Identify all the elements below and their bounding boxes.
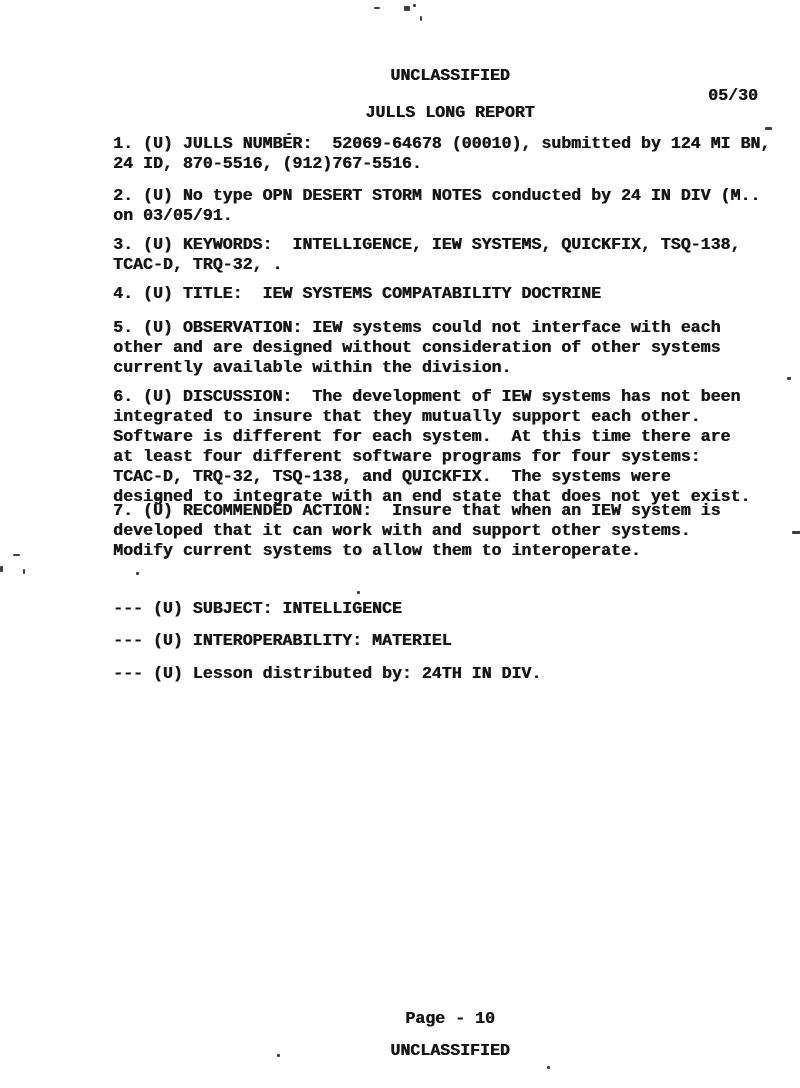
scan-artifact (787, 377, 791, 380)
scan-artifact (136, 572, 139, 575)
classification-banner-bottom: UNCLASSIFIED (113, 1041, 787, 1061)
scan-artifact (792, 531, 800, 534)
paragraph-discussion: 6. (U) DISCUSSION: The development of IE… (113, 387, 750, 507)
classification-banner-top: UNCLASSIFIED (113, 66, 787, 86)
distribution-line: --- (U) Lesson distributed by: 24TH IN D… (113, 664, 541, 684)
page-number: Page - 10 (113, 1009, 787, 1029)
scan-artifact (287, 133, 291, 135)
scan-artifact (0, 566, 3, 572)
scan-artifact (277, 1054, 280, 1057)
report-title: JULLS LONG REPORT (113, 103, 787, 123)
paragraph-keywords: 3. (U) KEYWORDS: INTELLIGENCE, IEW SYSTE… (113, 235, 740, 275)
scan-artifact (357, 591, 360, 594)
scan-artifact (404, 6, 410, 11)
scan-artifact (374, 7, 380, 9)
scan-artifact (547, 1066, 550, 1069)
scan-artifact (413, 4, 416, 7)
scan-artifact (420, 16, 422, 21)
scan-artifact (765, 127, 772, 130)
scan-artifact (23, 569, 25, 574)
paragraph-observation: 5. (U) OBSERVATION: IEW systems could no… (113, 318, 720, 378)
subject-line: --- (U) SUBJECT: INTELLIGENCE (113, 599, 402, 619)
scan-artifact (156, 497, 162, 499)
paragraph-title: 4. (U) TITLE: IEW SYSTEMS COMPATABILITY … (113, 284, 601, 304)
scan-artifact (164, 556, 167, 559)
paragraph-julls-number: 1. (U) JULLS NUMBER: 52069-64678 (00010)… (113, 134, 770, 174)
paragraph-recommended-action: 7. (U) RECOMMENDED ACTION: Insure that w… (113, 501, 720, 561)
scan-artifact (13, 554, 20, 556)
paragraph-operation-notes: 2. (U) No type OPN DESERT STORM NOTES co… (113, 186, 760, 226)
interoperability-line: --- (U) INTEROPERABILITY: MATERIEL (113, 631, 452, 651)
document-page: UNCLASSIFIED 05/30 JULLS LONG REPORT 1. … (0, 0, 800, 1088)
